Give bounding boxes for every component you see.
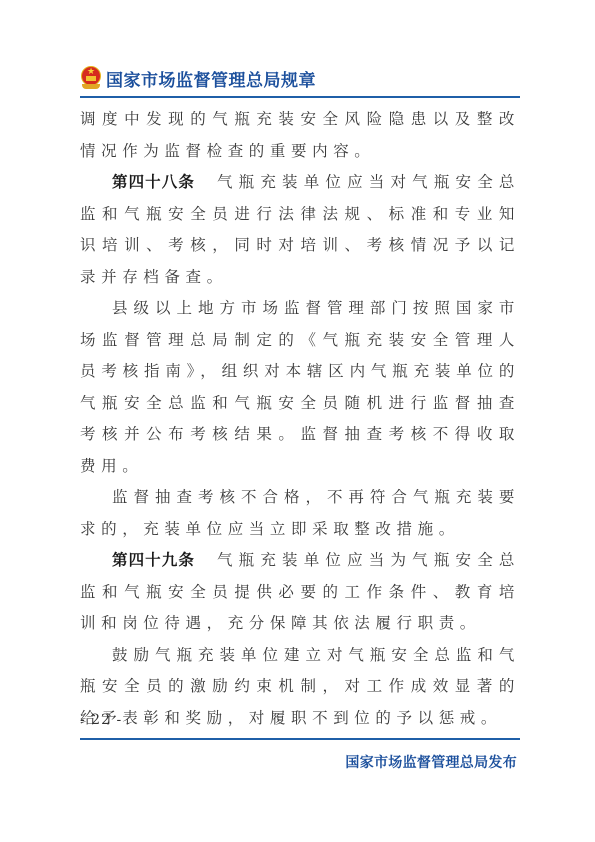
- paragraph-text: 县级以上地方市场监督管理部门按照国家市场监督管理总局制定的《气瓶充装安全管理人员…: [80, 299, 520, 475]
- article-number: 第四十八条: [112, 173, 195, 191]
- paragraph: 调度中发现的气瓶充装安全风险隐患以及整改情况作为监督检查的重要内容。: [80, 104, 520, 167]
- paragraph: 县级以上地方市场监督管理部门按照国家市场监督管理总局制定的《气瓶充装安全管理人员…: [80, 293, 520, 482]
- paragraph-text: 鼓励气瓶充装单位建立对气瓶安全总监和气瓶安全员的激励约束机制，对工作成效显著的给…: [80, 646, 520, 727]
- paragraph-text: 调度中发现的气瓶充装安全风险隐患以及整改情况作为监督检查的重要内容。: [80, 110, 520, 160]
- page-header: ★ 国家市场监督管理总局规章: [80, 64, 316, 92]
- article-49-paragraph: 第四十九条气瓶充装单位应当为气瓶安全总监和气瓶安全员提供必要的工作条件、教育培训…: [80, 545, 520, 640]
- footer-publisher: 国家市场监督管理总局发布: [345, 752, 517, 772]
- header-title: 国家市场监督管理总局规章: [106, 66, 316, 91]
- article-number: 第四十九条: [112, 551, 195, 569]
- article-48-paragraph: 第四十八条气瓶充装单位应当对气瓶安全总监和气瓶安全员进行法律法规、标准和专业知识…: [80, 167, 520, 293]
- national-emblem-icon: ★: [80, 66, 102, 90]
- paragraph: 监督抽查考核不合格，不再符合气瓶充装要求的，充装单位应当立即采取整改措施。: [80, 482, 520, 545]
- footer-divider: [80, 738, 520, 740]
- page-number: - 22 -: [80, 712, 122, 728]
- paragraph: 鼓励气瓶充装单位建立对气瓶安全总监和气瓶安全员的激励约束机制，对工作成效显著的给…: [80, 640, 520, 735]
- document-body: 调度中发现的气瓶充装安全风险隐患以及整改情况作为监督检查的重要内容。 第四十八条…: [80, 104, 520, 734]
- header-divider: [80, 96, 520, 98]
- paragraph-text: 监督抽查考核不合格，不再符合气瓶充装要求的，充装单位应当立即采取整改措施。: [80, 488, 520, 538]
